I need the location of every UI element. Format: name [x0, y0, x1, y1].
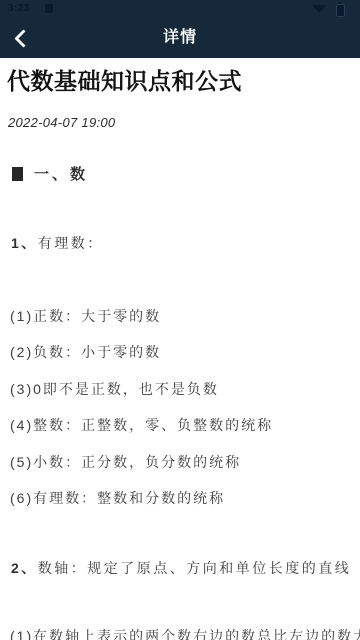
battery-icon — [336, 4, 345, 17]
nav-title: 详情 — [0, 18, 360, 58]
list-item-number: 2、 — [11, 560, 38, 576]
list-item-heading-1: 1、有理数： — [11, 235, 104, 251]
wifi-icon — [312, 5, 326, 13]
article-title: 代数基础知识点和公式 — [7, 66, 353, 96]
list-item-number: 1、 — [11, 235, 38, 251]
list-item-text: 数轴：规定了原点、方向和单位长度的直线 — [38, 560, 352, 576]
sub-item-partial: (1)在数轴上表示的两个数右边的数总比左边的数大 — [10, 628, 360, 640]
sub-item: (5)小数：正分数，负分数的统称 — [10, 454, 241, 470]
app-screen: 3:23 详情 代数基础知识点和公式 2022-04-07 19:00 一、数 … — [0, 0, 360, 640]
sub-item: (1)正数：大于零的数 — [10, 308, 161, 324]
sub-item: (3)0即不是正数，也不是负数 — [10, 381, 219, 397]
nav-bar: 详情 — [0, 18, 360, 58]
section-label: 一、数 — [34, 163, 88, 184]
section-heading: 一、数 — [12, 163, 88, 184]
status-bar: 3:23 — [0, 0, 360, 18]
sub-item: (4)整数：正整数，零、负整数的统称 — [10, 417, 273, 433]
list-item-heading-2: 2、数轴：规定了原点、方向和单位长度的直线 — [11, 560, 351, 576]
list-item-text: 有理数： — [38, 235, 104, 251]
app-square-icon — [45, 4, 53, 13]
article-date: 2022-04-07 19:00 — [8, 115, 115, 130]
article-content[interactable]: 代数基础知识点和公式 2022-04-07 19:00 一、数 1、有理数： (… — [0, 58, 360, 640]
sub-item: (6)有理数：整数和分数的统称 — [10, 490, 225, 506]
status-time: 3:23 — [8, 3, 30, 14]
section-bullet-icon — [12, 167, 23, 181]
sub-item: (2)负数：小于零的数 — [10, 344, 161, 360]
